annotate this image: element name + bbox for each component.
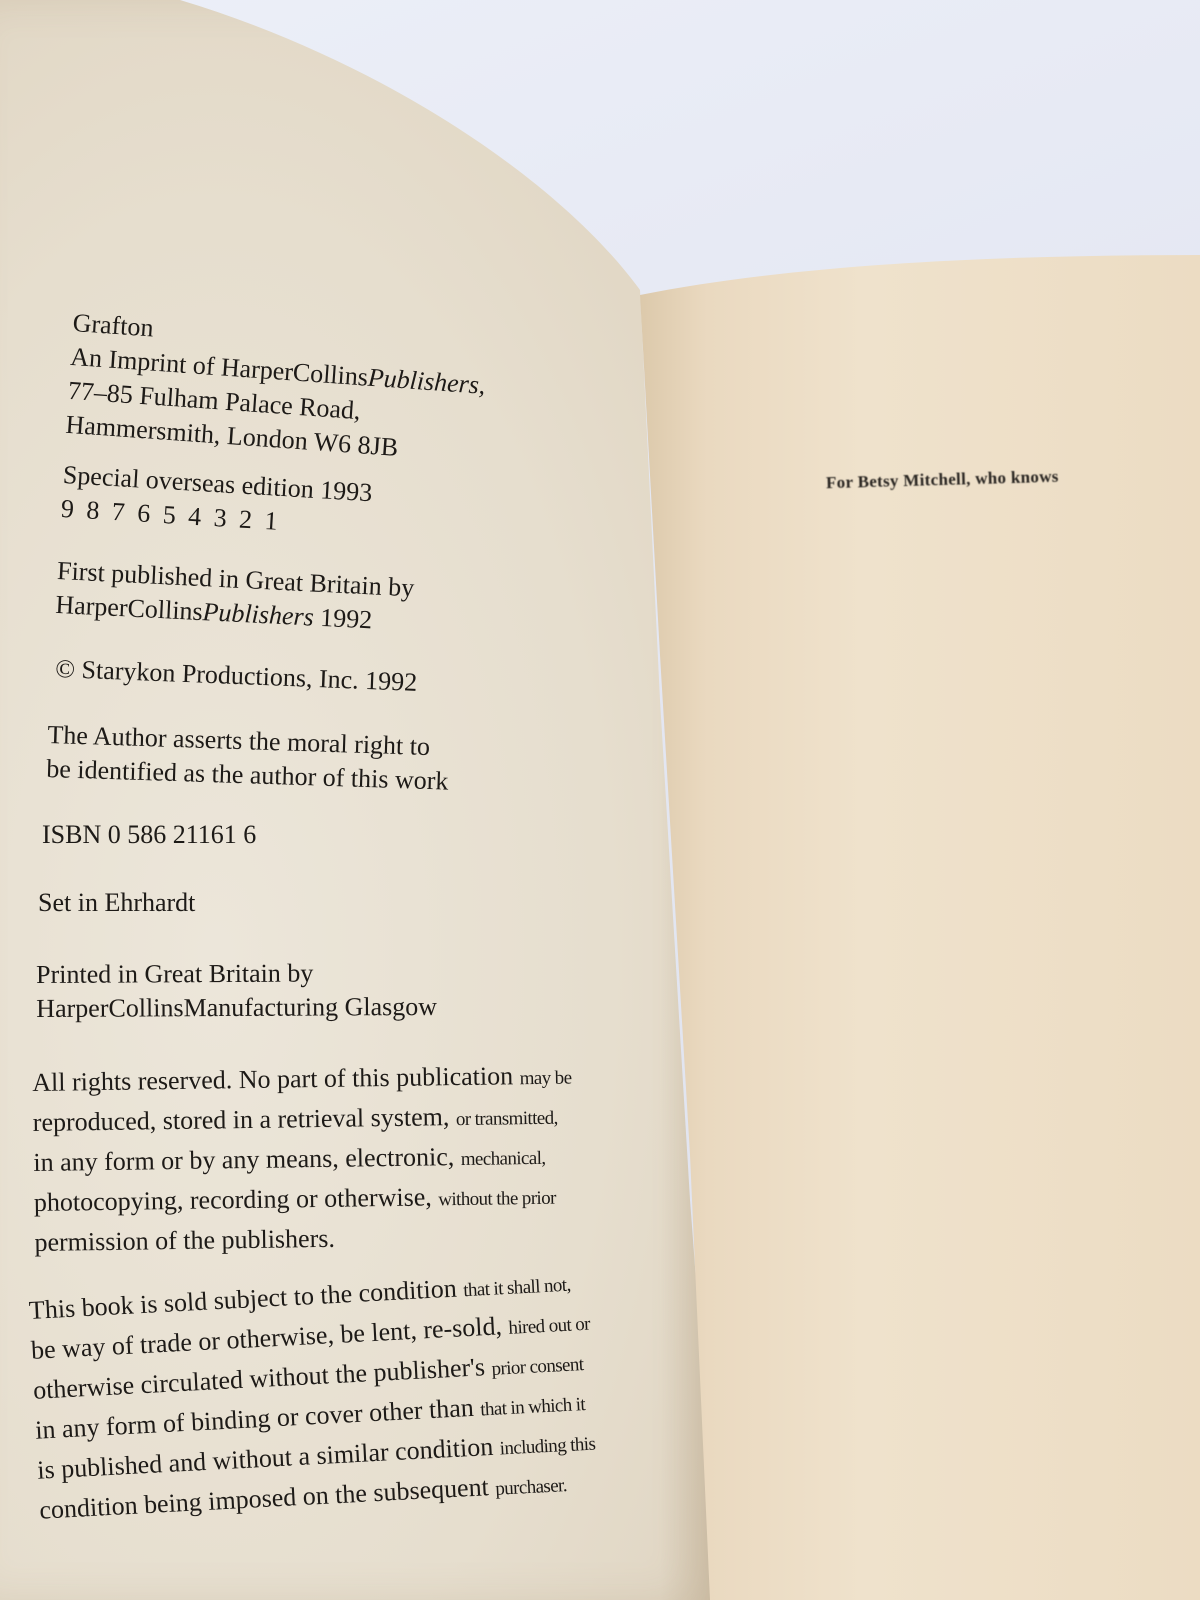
typeface-note: Set in Ehrhardt: [38, 886, 195, 920]
printer-block: Printed in Great Britain by HarperCollin…: [36, 956, 437, 1026]
sale-condition-paragraph: This book is sold subject to the conditi…: [28, 1263, 599, 1532]
rights-reserved-paragraph: All rights reserved. No part of this pub…: [32, 1056, 574, 1261]
isbn: ISBN 0 586 21161 6: [42, 818, 256, 852]
moral-rights-block: The Author asserts the moral right to be…: [46, 718, 450, 799]
right-book-page: [640, 255, 1200, 1600]
publisher-block: Grafton An Imprint of HarperCollinsPubli…: [65, 306, 489, 471]
